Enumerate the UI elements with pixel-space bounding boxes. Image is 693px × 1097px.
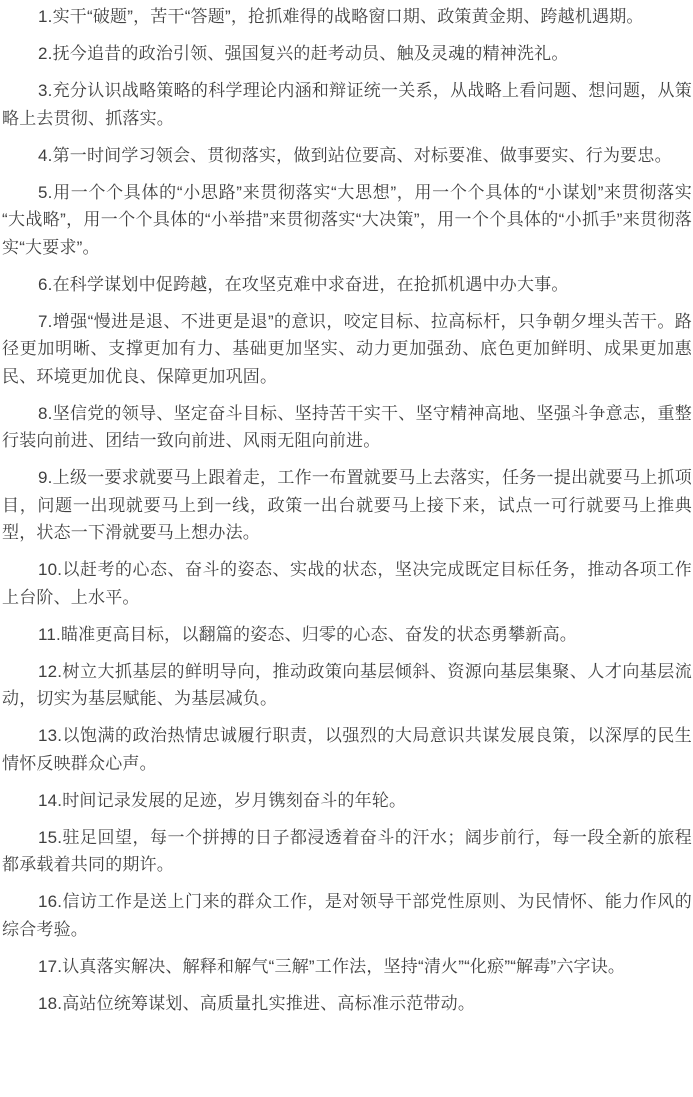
paragraph-7: 7.增强“慢进是退、不进更是退”的意识，咬定目标、拉高标杆，只争朝夕埋头苦干。路…	[2, 308, 692, 391]
paragraph-13: 13.以饱满的政治热情忠诚履行职责，以强烈的大局意识共谋发展良策，以深厚的民生情…	[2, 722, 692, 777]
paragraph-16: 16.信访工作是送上门来的群众工作，是对领导干部党性原则、为民情怀、能力作风的综…	[2, 888, 692, 943]
document-body: 1.实干“破题”，苦干“答题”，抢抓难得的战略窗口期、政策黄金期、跨越机遇期。 …	[0, 0, 693, 1097]
paragraph-9: 9.上级一要求就要马上跟着走，工作一布置就要马上去落实，任务一提出就要马上抓项目…	[2, 464, 692, 547]
paragraph-5: 5.用一个个具体的“小思路”来贯彻落实“大思想”，用一个个具体的“小谋划”来贯彻…	[2, 179, 692, 262]
paragraph-3: 3.充分认识战略策略的科学理论内涵和辩证统一关系，从战略上看问题、想问题，从策略…	[2, 77, 692, 132]
paragraph-14: 14.时间记录发展的足迹，岁月镌刻奋斗的年轮。	[2, 787, 692, 815]
paragraph-1: 1.实干“破题”，苦干“答题”，抢抓难得的战略窗口期、政策黄金期、跨越机遇期。	[2, 3, 692, 31]
paragraph-18: 18.高站位统筹谋划、高质量扎实推进、高标准示范带动。	[2, 990, 692, 1018]
paragraph-2: 2.抚今追昔的政治引领、强国复兴的赶考动员、触及灵魂的精神洗礼。	[2, 40, 692, 68]
paragraph-6: 6.在科学谋划中促跨越，在攻坚克难中求奋进，在抢抓机遇中办大事。	[2, 271, 692, 299]
paragraph-8: 8.坚信党的领导、坚定奋斗目标、坚持苦干实干、坚守精神高地、坚强斗争意志，重整行…	[2, 400, 692, 455]
paragraph-11: 11.瞄准更高目标，以翻篇的姿态、归零的心态、奋发的状态勇攀新高。	[2, 621, 692, 649]
paragraph-12: 12.树立大抓基层的鲜明导向，推动政策向基层倾斜、资源向基层集聚、人才向基层流动…	[2, 658, 692, 713]
paragraph-4: 4.第一时间学习领会、贯彻落实，做到站位要高、对标要准、做事要实、行为要忠。	[2, 142, 692, 170]
paragraph-15: 15.驻足回望，每一个拼搏的日子都浸透着奋斗的汗水；阔步前行，每一段全新的旅程都…	[2, 824, 692, 879]
paragraph-10: 10.以赶考的心态、奋斗的姿态、实战的状态，坚决完成既定目标任务，推动各项工作上…	[2, 556, 692, 611]
paragraph-17: 17.认真落实解决、解释和解气“三解”工作法，坚持“清火”“化瘀”“解毒”六字诀…	[2, 953, 692, 981]
